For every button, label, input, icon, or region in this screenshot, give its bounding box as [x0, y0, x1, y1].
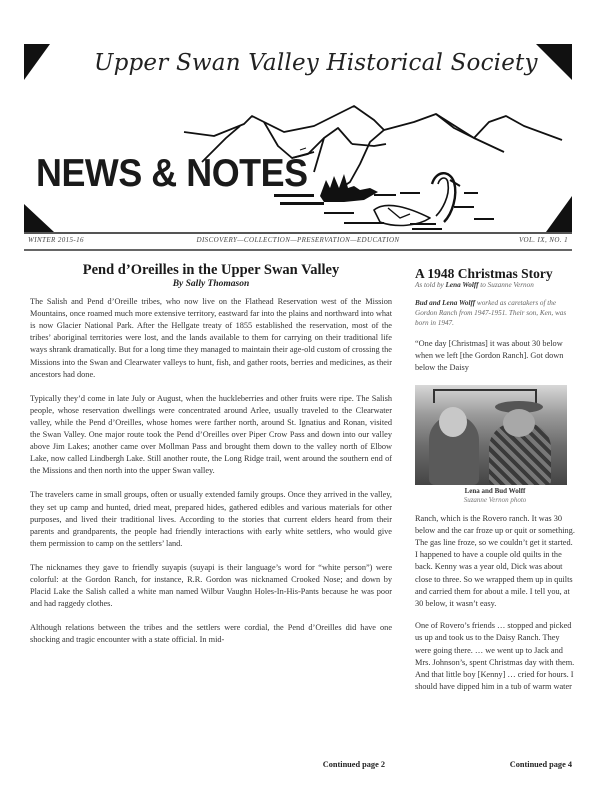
main-article: Pend d’Oreilles in the Upper Swan Valley… — [30, 262, 392, 658]
side-article-intro: Bud and Lena Wolff worked as caretakers … — [415, 298, 575, 328]
wolff-couple-photo — [415, 385, 567, 485]
photo-caption-names: Lena and Bud Wolff — [415, 487, 575, 496]
main-article-paragraph: The nicknames they gave to friendly suya… — [30, 562, 392, 610]
masthead-rule-top — [24, 232, 572, 234]
society-name: Upper Swan Valley Historical Society — [94, 50, 538, 76]
main-article-byline: By Sally Thomason — [30, 278, 392, 290]
main-article-paragraph: The Salish and Pend d’Oreille tribes, wh… — [30, 296, 392, 381]
intro-names: Bud and Lena Wolff — [415, 299, 475, 307]
side-article-paragraph: One of Rovero’s friends … stopped and pi… — [415, 620, 575, 693]
photo-face-lena — [439, 407, 467, 437]
main-article-title: Pend d’Oreilles in the Upper Swan Valley — [30, 262, 392, 278]
main-article-paragraph: Although relations between the tribes an… — [30, 622, 392, 646]
society-motto: DISCOVERY—COLLECTION—PRESERVATION—EDUCAT… — [28, 236, 568, 244]
newsletter-title: NEWS & NOTES — [36, 152, 308, 196]
corner-ornament-bottom-left — [24, 204, 54, 232]
corner-ornament-top-right — [536, 44, 572, 80]
side-article-paragraph: Ranch, which is the Rovero ranch. It was… — [415, 513, 575, 611]
side-article-continued: Continued page 4 — [415, 760, 572, 769]
main-article-continued: Continued page 2 — [30, 760, 385, 769]
masthead-rule-bottom — [24, 249, 572, 251]
side-article-credit: As told by Lena Wolff to Suzanne Vernon — [415, 281, 575, 290]
main-article-paragraph: Typically they’d come in late July or Au… — [30, 393, 392, 478]
main-article-paragraph: The travelers came in small groups, ofte… — [30, 489, 392, 549]
issue-strip: WINTER 2015-16 DISCOVERY—COLLECTION—PRES… — [28, 235, 568, 247]
credit-name: Lena Wolff — [446, 281, 479, 289]
side-article-paragraph: “One day [Christmas] it was about 30 bel… — [415, 338, 575, 375]
side-article: A 1948 Christmas Story As told by Lena W… — [415, 266, 575, 703]
credit-suffix: to Suzanne Vernon — [479, 281, 534, 289]
photo-face-bud — [503, 409, 535, 437]
photo-credit: Suzanne Vernon photo — [415, 496, 575, 505]
masthead: Upper Swan Valley Historical Society — [24, 42, 572, 232]
side-article-title: A 1948 Christmas Story — [415, 266, 575, 281]
credit-prefix: As told by — [415, 281, 446, 289]
photo-caption: Lena and Bud Wolff Suzanne Vernon photo — [415, 487, 575, 505]
corner-ornament-top-left — [24, 44, 50, 80]
volume-number: VOL. IX, NO. 1 — [519, 236, 568, 244]
